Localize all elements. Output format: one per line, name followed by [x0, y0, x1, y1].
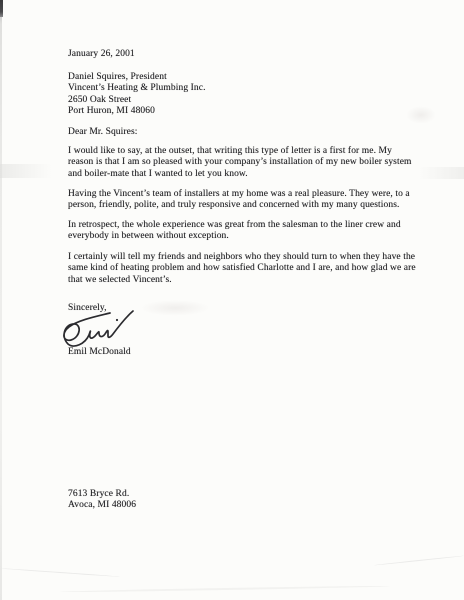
- paragraph-line: I certainly will tell my friends and nei…: [68, 252, 416, 263]
- salutation-line: Dear Mr. Squires:: [68, 127, 138, 138]
- paragraph-line: same kind of heating problem and how sat…: [68, 263, 416, 274]
- recipient-line: Daniel Squires, President: [68, 72, 206, 83]
- paragraph-line: everybody in between without exception.: [68, 231, 401, 242]
- salutation: Dear Mr. Squires:: [68, 127, 138, 138]
- paragraph-line: and boiler-mate that I wanted to let you…: [68, 169, 412, 180]
- scan-edge-line: [0, 0, 2, 600]
- paragraph-line: Having the Vincent’s team of installers …: [68, 189, 410, 200]
- sender-address: 7613 Bryce Rd. Avoca, MI 48006: [68, 489, 136, 512]
- recipient-address: Daniel Squires, President Vincent’s Heat…: [68, 72, 206, 117]
- scan-edge-dark-mark: [0, 0, 3, 17]
- scan-smudge: [406, 106, 436, 124]
- scan-smudge: [418, 167, 464, 179]
- recipient-line: Port Huron, MI 48060: [68, 106, 206, 117]
- paragraph-line: that we selected Vincent’s.: [68, 275, 416, 286]
- paper-wrinkle: [374, 555, 464, 565]
- signature-name: Emil McDonald: [68, 347, 131, 358]
- body-paragraph-2: Having the Vincent’s team of installers …: [68, 189, 410, 212]
- paragraph-line: person, friendly, polite, and truly resp…: [68, 200, 410, 211]
- recipient-line: 2650 Oak Street: [68, 95, 206, 106]
- letter-date: January 26, 2001: [68, 49, 135, 60]
- body-paragraph-3: In retrospect, the whole experience was …: [68, 220, 401, 243]
- recipient-line: Vincent’s Heating & Plumbing Inc.: [68, 83, 206, 94]
- paper-wrinkle: [0, 568, 120, 577]
- date-line: January 26, 2001: [68, 49, 135, 60]
- body-paragraph-4: I certainly will tell my friends and nei…: [68, 252, 416, 286]
- body-paragraph-1: I would like to say, at the outset, that…: [68, 146, 412, 180]
- scan-smudge: [140, 300, 210, 316]
- signature-name-line: Emil McDonald: [68, 347, 131, 358]
- scanned-letter-page: January 26, 2001 Daniel Squires, Preside…: [0, 0, 464, 600]
- sender-address-line: 7613 Bryce Rd.: [68, 489, 136, 500]
- paragraph-line: reason is that I am so pleased with your…: [68, 157, 412, 168]
- paragraph-line: I would like to say, at the outset, that…: [68, 146, 412, 157]
- paper-wrinkle: [60, 585, 390, 593]
- sender-address-line: Avoca, MI 48006: [68, 500, 136, 511]
- paragraph-line: In retrospect, the whole experience was …: [68, 220, 401, 231]
- scan-smudge: [0, 164, 52, 178]
